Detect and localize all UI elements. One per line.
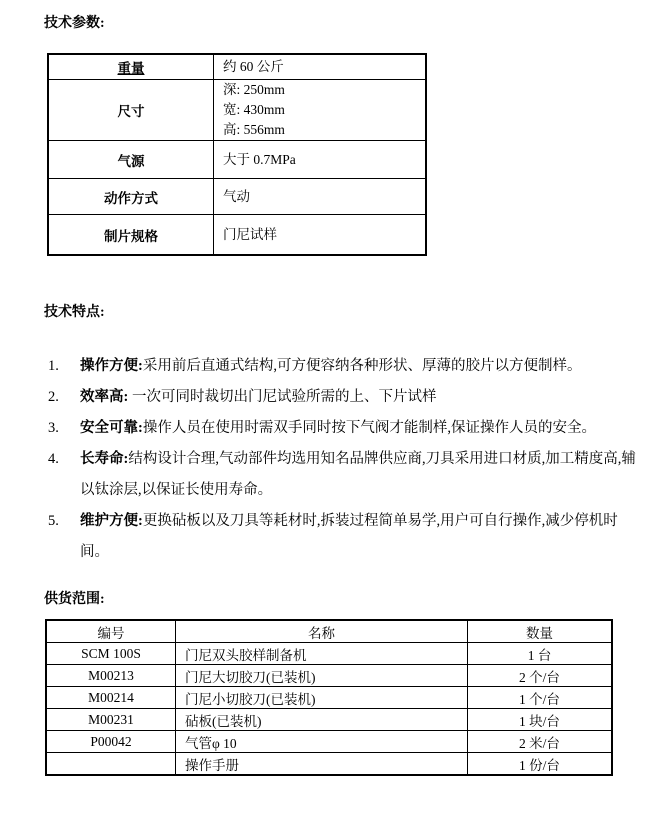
feature-label: 维护方便: <box>80 513 143 529</box>
table-header-row: 编号 名称 数量 <box>46 620 612 643</box>
feature-label: 效率高: <box>80 389 128 405</box>
param-label-weight: 重量 <box>48 54 214 80</box>
cell-name: 气管φ 10 <box>176 731 468 753</box>
list-item-text: 安全可靠:操作人员在使用时需双手同时按下气阀才能制样,保证操作人员的安全。 <box>80 413 642 444</box>
table-row: 操作手册 1 份/台 <box>46 753 612 776</box>
table-row: M00231 砧板(已装机) 1 块/台 <box>46 709 612 731</box>
table-row: 制片规格 门尼试样 <box>48 215 426 256</box>
document-page: 技术参数: 重量 约 60 公斤 尺寸 深: 250mm 宽: 430mm 高:… <box>0 0 657 816</box>
param-value-dimensions: 深: 250mm 宽: 430mm 高: 556mm <box>214 80 427 141</box>
param-value-weight: 约 60 公斤 <box>214 54 427 80</box>
list-item-number: 1. <box>48 351 80 382</box>
list-item: 3. 安全可靠:操作人员在使用时需双手同时按下气阀才能制样,保证操作人员的安全。 <box>48 413 657 444</box>
cell-name: 门尼小切胶刀(已装机) <box>176 687 468 709</box>
cell-quantity: 1 台 <box>468 643 613 665</box>
features-list: 1. 操作方便:采用前后直通式结构,可方便容纳各种形状、厚薄的胶片以方便制样。 … <box>48 351 657 568</box>
list-item: 4. 长寿命:结构设计合理,气动部件均选用知名品牌供应商,刀具采用进口材质,加工… <box>48 444 657 506</box>
feature-label: 安全可靠: <box>80 420 143 436</box>
params-section-title: 技术参数: <box>44 14 657 34</box>
param-value-specimen-spec: 门尼试样 <box>214 215 427 256</box>
features-section-title: 技术特点: <box>44 303 657 323</box>
supply-section-title: 供货范围: <box>44 590 657 610</box>
supply-table: 编号 名称 数量 SCM 100S 门尼双头胶样制备机 1 台 M00213 门… <box>45 619 613 776</box>
feature-body: 更换砧板以及刀具等耗材时,拆装过程简单易学,用户可自行操作,减少停机时间。 <box>80 513 618 560</box>
list-item-text: 维护方便:更换砧板以及刀具等耗材时,拆装过程简单易学,用户可自行操作,减少停机时… <box>80 506 642 568</box>
list-item-text: 长寿命:结构设计合理,气动部件均选用知名品牌供应商,刀具采用进口材质,加工精度高… <box>80 444 642 506</box>
cell-quantity: 1 个/台 <box>468 687 613 709</box>
list-item: 1. 操作方便:采用前后直通式结构,可方便容纳各种形状、厚薄的胶片以方便制样。 <box>48 351 657 382</box>
param-value-action-mode: 气动 <box>214 179 427 215</box>
table-row: P00042 气管φ 10 2 米/台 <box>46 731 612 753</box>
param-label-air-source: 气源 <box>48 141 214 179</box>
table-row: 尺寸 深: 250mm 宽: 430mm 高: 556mm <box>48 80 426 141</box>
feature-body: 采用前后直通式结构,可方便容纳各种形状、厚薄的胶片以方便制样。 <box>143 358 582 374</box>
feature-body: 操作人员在使用时需双手同时按下气阀才能制样,保证操作人员的安全。 <box>143 420 596 436</box>
cell-code: SCM 100S <box>46 643 176 665</box>
cell-name: 门尼双头胶样制备机 <box>176 643 468 665</box>
param-label-dimensions: 尺寸 <box>48 80 214 141</box>
param-value-air-source: 大于 0.7MPa <box>214 141 427 179</box>
list-item: 2. 效率高: 一次可同时裁切出门尼试验所需的上、下片试样 <box>48 382 657 413</box>
list-item-text: 效率高: 一次可同时裁切出门尼试验所需的上、下片试样 <box>80 382 642 413</box>
feature-label: 长寿命: <box>80 451 128 467</box>
cell-code: M00231 <box>46 709 176 731</box>
cell-quantity: 1 份/台 <box>468 753 613 776</box>
feature-body: 一次可同时裁切出门尼试验所需的上、下片试样 <box>128 389 436 405</box>
feature-label: 操作方便: <box>80 358 143 374</box>
cell-code: M00213 <box>46 665 176 687</box>
table-row: 气源 大于 0.7MPa <box>48 141 426 179</box>
table-row: M00213 门尼大切胶刀(已装机) 2 个/台 <box>46 665 612 687</box>
list-item-text: 操作方便:采用前后直通式结构,可方便容纳各种形状、厚薄的胶片以方便制样。 <box>80 351 642 382</box>
param-label-specimen-spec: 制片规格 <box>48 215 214 256</box>
params-table: 重量 约 60 公斤 尺寸 深: 250mm 宽: 430mm 高: 556mm… <box>47 53 427 256</box>
cell-code: P00042 <box>46 731 176 753</box>
cell-quantity: 2 米/台 <box>468 731 613 753</box>
list-item: 5. 维护方便:更换砧板以及刀具等耗材时,拆装过程简单易学,用户可自行操作,减少… <box>48 506 657 568</box>
cell-name: 门尼大切胶刀(已装机) <box>176 665 468 687</box>
cell-code <box>46 753 176 776</box>
dimension-height: 高: 556mm <box>223 120 425 140</box>
cell-code: M00214 <box>46 687 176 709</box>
dimension-depth: 深: 250mm <box>223 80 425 100</box>
cell-quantity: 2 个/台 <box>468 665 613 687</box>
list-item-number: 5. <box>48 506 80 568</box>
cell-name: 操作手册 <box>176 753 468 776</box>
feature-body: 结构设计合理,气动部件均选用知名品牌供应商,刀具采用进口材质,加工精度高,辅以钛… <box>80 451 636 498</box>
table-row: 重量 约 60 公斤 <box>48 54 426 80</box>
list-item-number: 4. <box>48 444 80 506</box>
table-row: SCM 100S 门尼双头胶样制备机 1 台 <box>46 643 612 665</box>
list-item-number: 2. <box>48 382 80 413</box>
param-label-action-mode: 动作方式 <box>48 179 214 215</box>
table-row: M00214 门尼小切胶刀(已装机) 1 个/台 <box>46 687 612 709</box>
list-item-number: 3. <box>48 413 80 444</box>
dimension-width: 宽: 430mm <box>223 100 425 120</box>
param-label-text: 重量 <box>118 61 145 76</box>
cell-quantity: 1 块/台 <box>468 709 613 731</box>
column-header-quantity: 数量 <box>468 620 613 643</box>
table-row: 动作方式 气动 <box>48 179 426 215</box>
cell-name: 砧板(已装机) <box>176 709 468 731</box>
column-header-code: 编号 <box>46 620 176 643</box>
column-header-name: 名称 <box>176 620 468 643</box>
